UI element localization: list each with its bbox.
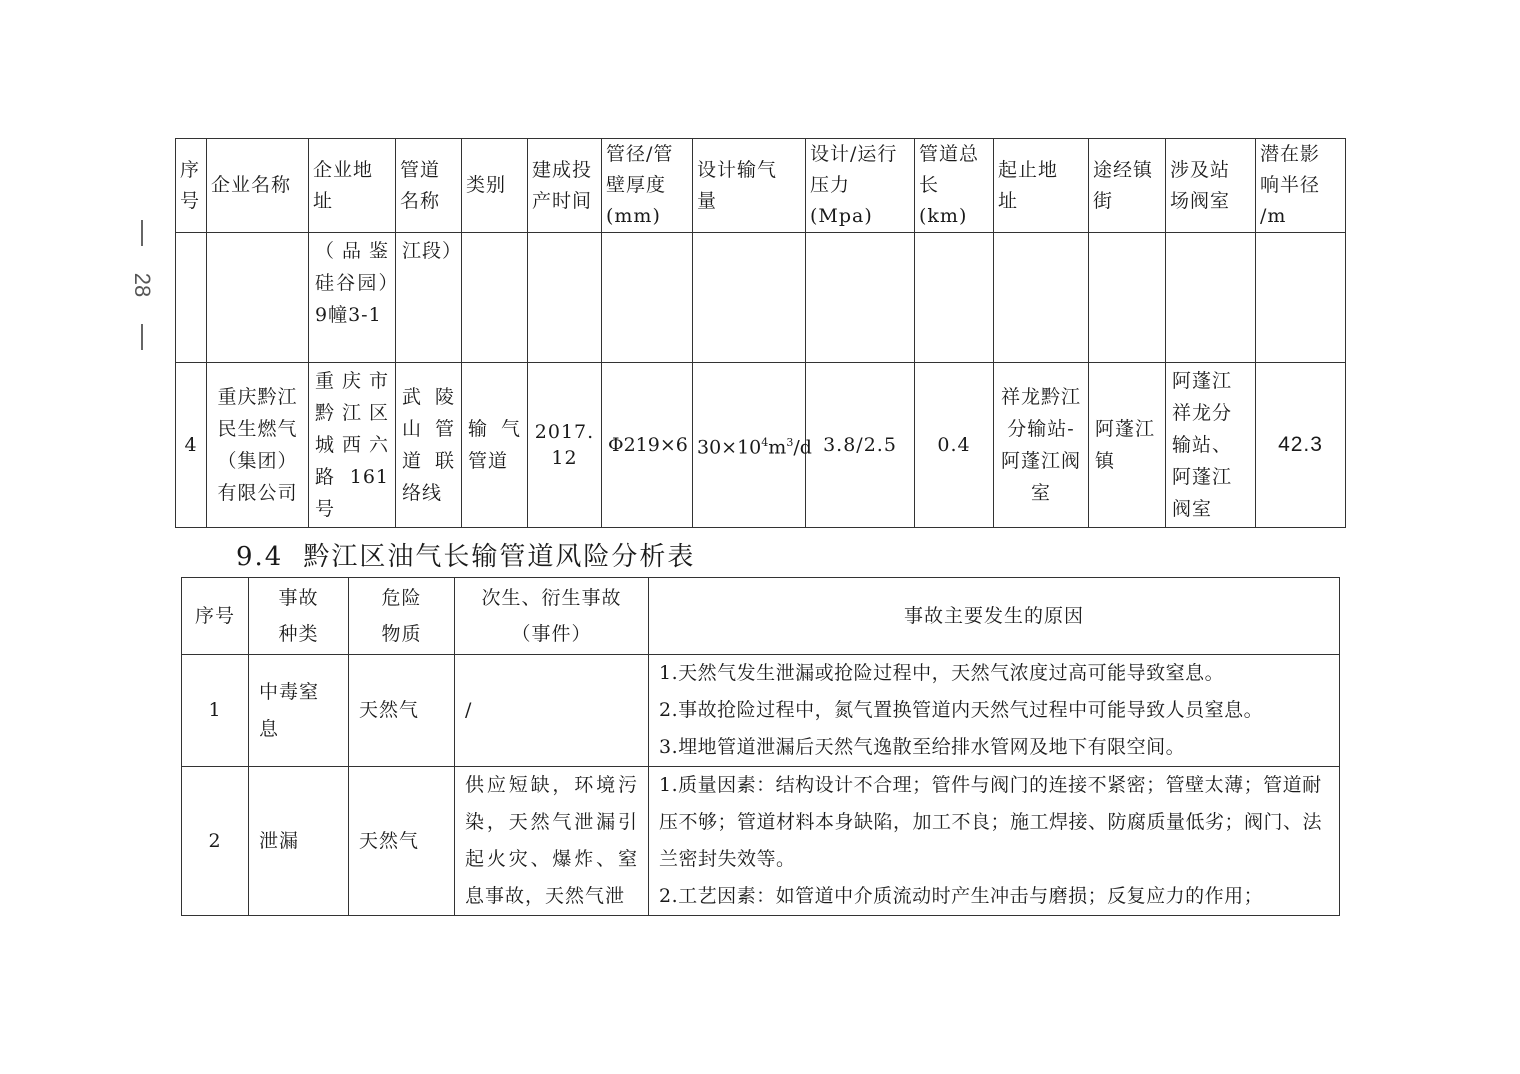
- header-start-end: 起止地址: [994, 139, 1089, 233]
- cell-accident-type: 中毒窒息: [249, 655, 349, 767]
- table-row: 2 泄漏 天然气 供应短缺，环境污染，天然气泄漏引起火灾、爆炸、窒息事故，天然气…: [182, 767, 1340, 916]
- header-commission-date: 建成投产时间: [528, 139, 602, 233]
- header-company: 企业名称: [207, 139, 309, 233]
- reason-line: 2.事故抢险过程中，氮气置换管道内天然气过程中可能导致人员窒息。: [659, 692, 1331, 729]
- page-number-dash-bottom: [141, 324, 143, 350]
- cell-pipeline-name: 武陵山管道联络线: [396, 363, 462, 528]
- section-number: 9.4: [236, 542, 283, 572]
- cell-address: （品鉴硅谷园）9幢3-1: [309, 233, 396, 363]
- cell-length: 0.4: [915, 363, 994, 528]
- cell-pipeline-name: 江段）: [396, 233, 462, 363]
- cell-radius: [1256, 233, 1346, 363]
- pipeline-info-table: 序号 企业名称 企业地址 管道名称 类别 建成投产时间 管径/管壁厚度(mm) …: [175, 138, 1346, 528]
- cell-accident-type: 泄漏: [249, 767, 349, 916]
- cell-design-flow: 30×104m3/d: [693, 363, 806, 528]
- cell-commission-date: 2017.12: [528, 363, 602, 528]
- cell-pressure: 3.8/2.5: [806, 363, 915, 528]
- header-seq: 序号: [182, 578, 249, 655]
- cell-start-end: [994, 233, 1089, 363]
- header-radius: 潜在影响半径/m: [1256, 139, 1346, 233]
- header-stations: 涉及站场阀室: [1166, 139, 1256, 233]
- section-title-text: 黔江区油气长输管道风险分析表: [303, 542, 695, 572]
- reason-line: 2.工艺因素：如管道中介质流动时产生冲击与磨损；反复应力的作用；: [659, 878, 1331, 915]
- cell-category: 输气管道: [462, 363, 528, 528]
- design-flow-base: 30×10: [697, 436, 761, 458]
- cell-towns: [1089, 233, 1166, 363]
- cell-seq: 2: [182, 767, 249, 916]
- cell-radius: 42.3: [1256, 363, 1346, 528]
- header-pipeline-name: 管道名称: [396, 139, 462, 233]
- reason-line: 1.天然气发生泄漏或抢险过程中，天然气浓度过高可能导致窒息。: [659, 655, 1331, 692]
- table-row: 4 重庆黔江民生燃气（集团）有限公司 重庆市黔江区城西六路 161 号 武陵山管…: [176, 363, 1346, 528]
- cell-secondary: /: [455, 655, 649, 767]
- design-flow-tail: /d: [793, 436, 812, 458]
- cell-company: 重庆黔江民生燃气（集团）有限公司: [207, 363, 309, 528]
- header-design-flow: 设计输气量: [693, 139, 806, 233]
- table-row: （品鉴硅谷园）9幢3-1 江段）: [176, 233, 1346, 363]
- cell-commission-date: [528, 233, 602, 363]
- cell-reasons: 1.天然气发生泄漏或抢险过程中，天然气浓度过高可能导致窒息。 2.事故抢险过程中…: [649, 655, 1340, 767]
- reason-line: 3.埋地管道泄漏后天然气逸散至给排水管网及地下有限空间。: [659, 729, 1331, 766]
- reason-line: 1.质量因素：结构设计不合理；管件与阀门的连接不紧密；管壁太薄；管道耐压不够；管…: [659, 767, 1331, 878]
- header-diameter: 管径/管壁厚度(mm): [602, 139, 693, 233]
- cell-pressure: [806, 233, 915, 363]
- table-header-row: 序号 事故种类 危险物质 次生、衍生事故（事件） 事故主要发生的原因: [182, 578, 1340, 655]
- cell-seq: 4: [176, 363, 207, 528]
- page-number-dash-top: [141, 220, 143, 246]
- header-pressure: 设计/运行压力(Mpa): [806, 139, 915, 233]
- table-row: 1 中毒窒息 天然气 / 1.天然气发生泄漏或抢险过程中，天然气浓度过高可能导致…: [182, 655, 1340, 767]
- cell-diameter: [602, 233, 693, 363]
- page-number: 28: [122, 220, 162, 350]
- cell-stations: [1166, 233, 1256, 363]
- design-flow-unit: m: [768, 436, 786, 458]
- header-towns: 途经镇街: [1089, 139, 1166, 233]
- cell-design-flow: [693, 233, 806, 363]
- header-secondary: 次生、衍生事故（事件）: [455, 578, 649, 655]
- header-address: 企业地址: [309, 139, 396, 233]
- cell-reasons: 1.质量因素：结构设计不合理；管件与阀门的连接不紧密；管壁太薄；管道耐压不够；管…: [649, 767, 1340, 916]
- cell-secondary: 供应短缺，环境污染，天然气泄漏引起火灾、爆炸、窒息事故，天然气泄: [455, 767, 649, 916]
- table-header-row: 序号 企业名称 企业地址 管道名称 类别 建成投产时间 管径/管壁厚度(mm) …: [176, 139, 1346, 233]
- cell-length: [915, 233, 994, 363]
- cell-hazard: 天然气: [349, 767, 455, 916]
- page-number-value: 28: [129, 273, 155, 297]
- cell-address: 重庆市黔江区城西六路 161 号: [309, 363, 396, 528]
- header-accident-type: 事故种类: [249, 578, 349, 655]
- header-length: 管道总长(km): [915, 139, 994, 233]
- cell-seq: [176, 233, 207, 363]
- header-seq: 序号: [176, 139, 207, 233]
- cell-start-end: 祥龙黔江分输站-阿蓬江阀室: [994, 363, 1089, 528]
- section-heading: 9.4黔江区油气长输管道风险分析表: [236, 536, 695, 573]
- risk-analysis-table: 序号 事故种类 危险物质 次生、衍生事故（事件） 事故主要发生的原因 1 中毒窒…: [181, 577, 1340, 916]
- header-reasons: 事故主要发生的原因: [649, 578, 1340, 655]
- header-category: 类别: [462, 139, 528, 233]
- cell-towns: 阿蓬江镇: [1089, 363, 1166, 528]
- cell-company: [207, 233, 309, 363]
- cell-stations: 阿蓬江祥龙分输站、阿蓬江阀室: [1166, 363, 1256, 528]
- cell-category: [462, 233, 528, 363]
- cell-diameter: Φ219×6: [602, 363, 693, 528]
- cell-hazard: 天然气: [349, 655, 455, 767]
- cell-seq: 1: [182, 655, 249, 767]
- header-hazard: 危险物质: [349, 578, 455, 655]
